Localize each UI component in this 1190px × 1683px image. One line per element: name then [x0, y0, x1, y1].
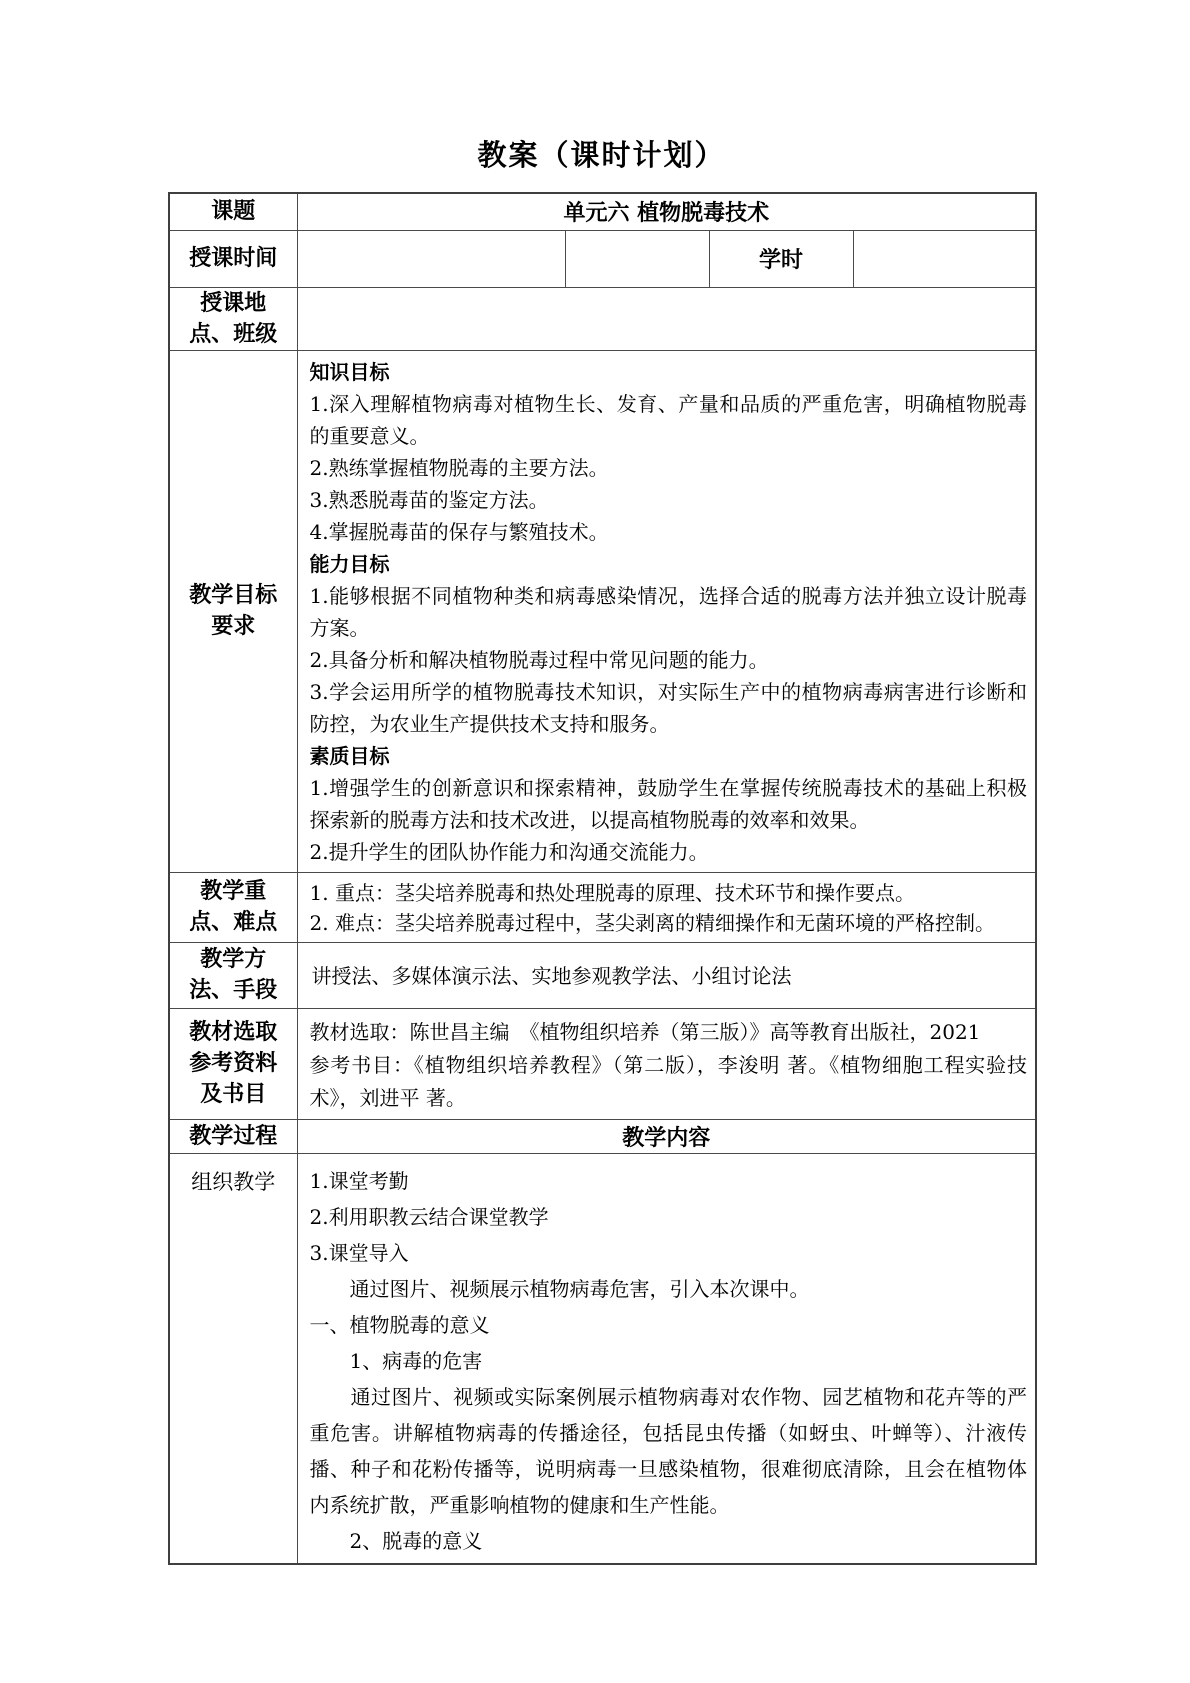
objective-item: 2.熟练掌握植物脱毒的主要方法。 [310, 452, 1028, 484]
teaching-line: 3.课堂导入 [310, 1235, 1028, 1271]
row-methods: 教学方 法、手段 讲授法、多媒体演示法、实地参观教学法、小组讨论法 [169, 942, 1036, 1008]
row-topic: 课题 单元六 植物脱毒技术 [169, 193, 1036, 230]
objective-item: 1.能够根据不同植物种类和病毒感染情况，选择合适的脱毒方法并独立设计脱毒方案。 [310, 580, 1028, 644]
teaching-line: 1、病毒的危害 [310, 1343, 1028, 1379]
topic-label: 课题 [169, 193, 297, 230]
knowledge-goals-heading: 知识目标 [310, 356, 1028, 388]
ability-goals-heading: 能力目标 [310, 548, 1028, 580]
topic-value: 单元六 植物脱毒技术 [297, 193, 1036, 230]
materials-line: 参考书目：《植物组织培养教程》（第二版），李浚明 著。《植物细胞工程实验技术》，… [310, 1049, 1028, 1115]
keypoint-item: 2. 难点：茎尖培养脱毒过程中，茎尖剥离的精细操作和无菌环境的严格控制。 [310, 908, 1028, 938]
quality-goals-heading: 素质目标 [310, 740, 1028, 772]
row-keypoints: 教学重 点、难点 1. 重点：茎尖培养脱毒和热处理脱毒的原理、技术环节和操作要点… [169, 872, 1036, 942]
process-content-label: 教学内容 [297, 1119, 1036, 1153]
keypoints-label: 教学重 点、难点 [169, 872, 297, 942]
teaching-label: 组织教学 [169, 1153, 297, 1564]
teaching-line: 2、脱毒的意义 [310, 1523, 1028, 1559]
hours-value-cell [853, 230, 1036, 287]
document-page: { "title": "教案（课时计划）", "rows": { "topic"… [0, 0, 1190, 1683]
teaching-line: 2.利用职教云结合课堂教学 [310, 1199, 1028, 1235]
row-schedule: 授课时间 学时 [169, 230, 1036, 287]
lesson-plan-table: 课题 单元六 植物脱毒技术 授课时间 学时 授课地 点、班级 教学目标 要求 知… [168, 192, 1037, 1565]
teaching-line: 一、植物脱毒的意义 [310, 1307, 1028, 1343]
teaching-line: 通过图片、视频展示植物病毒危害，引入本次课中。 [310, 1271, 1028, 1307]
location-value-cell [297, 287, 1036, 350]
schedule-empty-cell [565, 230, 709, 287]
objective-item: 3.熟悉脱毒苗的鉴定方法。 [310, 484, 1028, 516]
keypoints-content: 1. 重点：茎尖培养脱毒和热处理脱毒的原理、技术环节和操作要点。 2. 难点：茎… [297, 872, 1036, 942]
row-teaching: 组织教学 1.课堂考勤 2.利用职教云结合课堂教学 3.课堂导入 通过图片、视频… [169, 1153, 1036, 1564]
objective-item: 1.深入理解植物病毒对植物生长、发育、产量和品质的严重危害，明确植物脱毒的重要意… [310, 388, 1028, 452]
time-value-cell [297, 230, 565, 287]
time-label: 授课时间 [169, 230, 297, 287]
materials-label: 教材选取 参考资料 及书目 [169, 1008, 297, 1119]
page-title: 教案（课时计划） [168, 138, 1035, 172]
objective-item: 2.提升学生的团队协作能力和沟通交流能力。 [310, 836, 1028, 868]
location-label: 授课地 点、班级 [169, 287, 297, 350]
lesson-plan-document: 教案（课时计划） 课题 单元六 植物脱毒技术 授课时间 学时 授课地 点、班级 … [168, 0, 1035, 1565]
methods-label: 教学方 法、手段 [169, 942, 297, 1008]
objective-item: 2.具备分析和解决植物脱毒过程中常见问题的能力。 [310, 644, 1028, 676]
objective-item: 1.增强学生的创新意识和探索精神，鼓励学生在掌握传统脱毒技术的基础上积极探索新的… [310, 772, 1028, 836]
materials-content: 教材选取：陈世昌主编 《植物组织培养（第三版）》高等教育出版社，2021 参考书… [297, 1008, 1036, 1119]
teaching-paragraph: 通过图片、视频或实际案例展示植物病毒对农作物、园艺植物和花卉等的严重危害。讲解植… [310, 1379, 1028, 1523]
objectives-content: 知识目标 1.深入理解植物病毒对植物生长、发育、产量和品质的严重危害，明确植物脱… [297, 350, 1036, 872]
teaching-content: 1.课堂考勤 2.利用职教云结合课堂教学 3.课堂导入 通过图片、视频展示植物病… [297, 1153, 1036, 1564]
objective-item: 4.掌握脱毒苗的保存与繁殖技术。 [310, 516, 1028, 548]
objectives-label: 教学目标 要求 [169, 350, 297, 872]
objective-item: 3.学会运用所学的植物脱毒技术知识，对实际生产中的植物病毒病害进行诊断和防控，为… [310, 676, 1028, 740]
row-location: 授课地 点、班级 [169, 287, 1036, 350]
hours-label: 学时 [709, 230, 853, 287]
process-label: 教学过程 [169, 1119, 297, 1153]
methods-content: 讲授法、多媒体演示法、实地参观教学法、小组讨论法 [297, 942, 1036, 1008]
keypoint-item: 1. 重点：茎尖培养脱毒和热处理脱毒的原理、技术环节和操作要点。 [310, 878, 1028, 908]
materials-line: 教材选取：陈世昌主编 《植物组织培养（第三版）》高等教育出版社，2021 [310, 1016, 1028, 1049]
row-materials: 教材选取 参考资料 及书目 教材选取：陈世昌主编 《植物组织培养（第三版）》高等… [169, 1008, 1036, 1119]
teaching-line: 1.课堂考勤 [310, 1163, 1028, 1199]
row-objectives: 教学目标 要求 知识目标 1.深入理解植物病毒对植物生长、发育、产量和品质的严重… [169, 350, 1036, 872]
row-process-header: 教学过程 教学内容 [169, 1119, 1036, 1153]
